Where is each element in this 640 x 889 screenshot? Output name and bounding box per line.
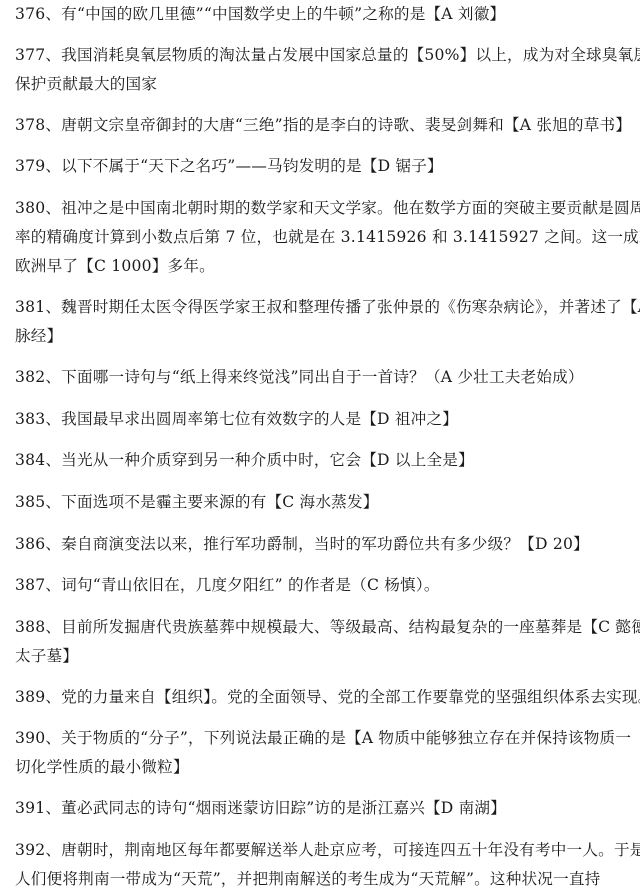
question-392: 392、唐朝时，荆南地区每年都要解送举人赴京应考，可接连四五十年没有考中一人。于… <box>15 836 630 889</box>
question-line: 太子墓】 <box>15 642 630 671</box>
question-386: 386、秦自商演变法以来，推行军功爵制，当时的军功爵位共有多少级？【D 20】 <box>15 530 630 559</box>
question-line: 脉经】 <box>15 322 630 351</box>
question-line: 392、唐朝时，荆南地区每年都要解送举人赴京应考，可接连四五十年没有考中一人。于… <box>15 836 630 865</box>
document-page: 376、有“中国的欧几里德”“中国数学史上的牛顿”之称的是【A 刘徽】 377、… <box>0 0 640 889</box>
question-line: 387、词句“青山依旧在，几度夕阳红” 的作者是（C 杨慎）。 <box>15 571 630 600</box>
question-line: 377、我国消耗臭氧层物质的淘汰量占发展中国家总量的【50%】以上，成为对全球臭… <box>15 41 630 70</box>
question-382: 382、下面哪一诗句与“纸上得来终觉浅”同出自于一首诗？（A 少壮工夫老始成） <box>15 363 630 392</box>
question-line: 379、以下不属于“天下之名巧”——马钧发明的是【D 锯子】 <box>15 152 630 181</box>
question-line: 390、关于物质的“分子”，下列说法最正确的是【A 物质中能够独立存在并保持该物… <box>15 724 630 753</box>
question-385: 385、下面选项不是霾主要来源的有【C 海水蒸发】 <box>15 488 630 517</box>
question-line: 381、魏晋时期任太医令得医学家王叔和整理传播了张仲景的《伤寒杂病论》，并著述了… <box>15 293 630 322</box>
question-line: 欧洲早了【C 1000】多年。 <box>15 252 630 281</box>
question-line: 率的精确度计算到小数点后第 7 位，也就是在 3.1415926 和 3.141… <box>15 223 630 252</box>
question-379: 379、以下不属于“天下之名巧”——马钧发明的是【D 锯子】 <box>15 152 630 181</box>
question-line: 376、有“中国的欧几里德”“中国数学史上的牛顿”之称的是【A 刘徽】 <box>15 0 630 29</box>
question-388: 388、目前所发掘唐代贵族墓葬中规模最大、等级最高、结构最复杂的一座墓葬是【C … <box>15 613 630 671</box>
question-line: 384、当光从一种介质穿到另一种介质中时，它会【D 以上全是】 <box>15 446 630 475</box>
question-378: 378、唐朝文宗皇帝御封的大唐“三绝”指的是李白的诗歌、裴旻剑舞和【A 张旭的草… <box>15 111 630 140</box>
question-376: 376、有“中国的欧几里德”“中国数学史上的牛顿”之称的是【A 刘徽】 <box>15 0 630 29</box>
question-line: 389、党的力量来自【组织】。党的全面领导、党的全部工作要靠党的坚强组织体系去实… <box>15 683 630 712</box>
question-377: 377、我国消耗臭氧层物质的淘汰量占发展中国家总量的【50%】以上，成为对全球臭… <box>15 41 630 99</box>
question-line: 391、董必武同志的诗句“烟雨迷蒙访旧踪”访的是浙江嘉兴【D 南湖】 <box>15 794 630 823</box>
question-381: 381、魏晋时期任太医令得医学家王叔和整理传播了张仲景的《伤寒杂病论》，并著述了… <box>15 293 630 351</box>
question-384: 384、当光从一种介质穿到另一种介质中时，它会【D 以上全是】 <box>15 446 630 475</box>
question-390: 390、关于物质的“分子”，下列说法最正确的是【A 物质中能够独立存在并保持该物… <box>15 724 630 782</box>
question-380: 380、祖冲之是中国南北朝时期的数学家和天文学家。他在数学方面的突破主要贡献是圆… <box>15 194 630 281</box>
question-line: 388、目前所发掘唐代贵族墓葬中规模最大、等级最高、结构最复杂的一座墓葬是【C … <box>15 613 630 642</box>
question-line: 378、唐朝文宗皇帝御封的大唐“三绝”指的是李白的诗歌、裴旻剑舞和【A 张旭的草… <box>15 111 630 140</box>
question-line: 386、秦自商演变法以来，推行军功爵制，当时的军功爵位共有多少级？【D 20】 <box>15 530 630 559</box>
question-line: 382、下面哪一诗句与“纸上得来终觉浅”同出自于一首诗？（A 少壮工夫老始成） <box>15 363 630 392</box>
question-line: 385、下面选项不是霾主要来源的有【C 海水蒸发】 <box>15 488 630 517</box>
question-391: 391、董必武同志的诗句“烟雨迷蒙访旧踪”访的是浙江嘉兴【D 南湖】 <box>15 794 630 823</box>
question-387: 387、词句“青山依旧在，几度夕阳红” 的作者是（C 杨慎）。 <box>15 571 630 600</box>
question-389: 389、党的力量来自【组织】。党的全面领导、党的全部工作要靠党的坚强组织体系去实… <box>15 683 630 712</box>
question-383: 383、我国最早求出圆周率第七位有效数字的人是【D 祖冲之】 <box>15 405 630 434</box>
question-line: 保护贡献最大的国家 <box>15 70 630 99</box>
question-line: 切化学性质的最小微粒】 <box>15 753 630 782</box>
question-line: 380、祖冲之是中国南北朝时期的数学家和天文学家。他在数学方面的突破主要贡献是圆… <box>15 194 630 223</box>
question-line: 人们便将荆南一带成为“天荒”，并把荆南解送的考生成为“天荒解”。这种状况一直持 <box>15 865 630 889</box>
question-line: 383、我国最早求出圆周率第七位有效数字的人是【D 祖冲之】 <box>15 405 630 434</box>
